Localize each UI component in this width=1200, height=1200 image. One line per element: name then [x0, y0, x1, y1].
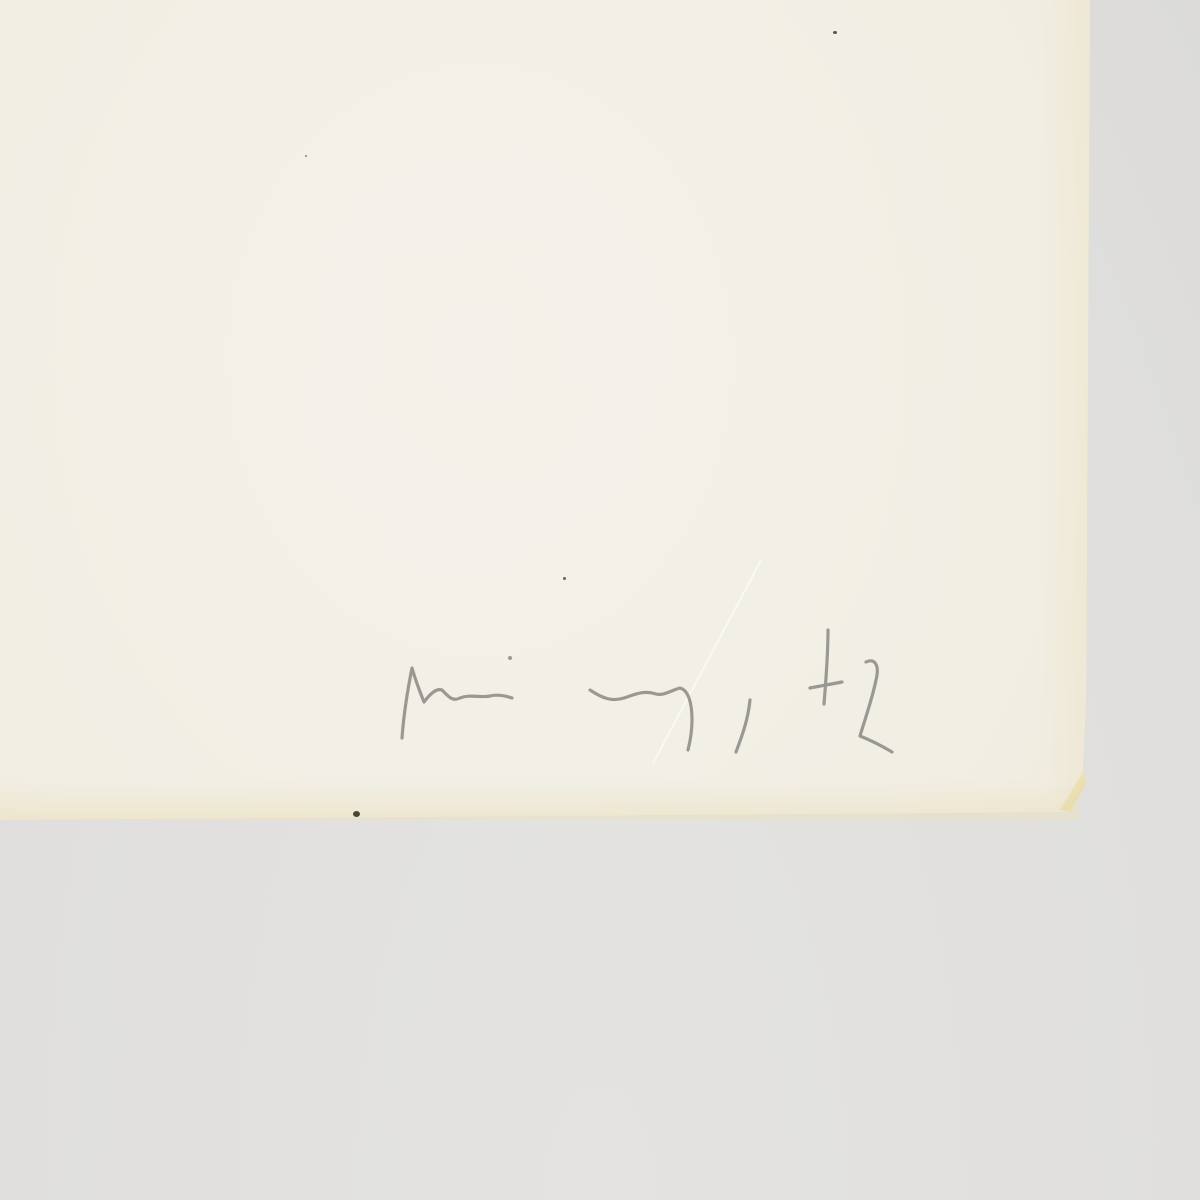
paper-bottom-edge-tint [0, 780, 1080, 820]
photo-scene: Miró, 72 [0, 0, 1200, 1200]
paper-speck [833, 31, 837, 34]
paper-speck [563, 577, 566, 580]
signature-strokes-icon [390, 610, 950, 770]
paper-sheet [0, 0, 1200, 1200]
paper-speck [305, 155, 307, 157]
paper-speck [353, 811, 360, 817]
paper-right-edge-tint [1040, 0, 1092, 810]
pencil-signature: Miró, 72 [390, 610, 950, 770]
